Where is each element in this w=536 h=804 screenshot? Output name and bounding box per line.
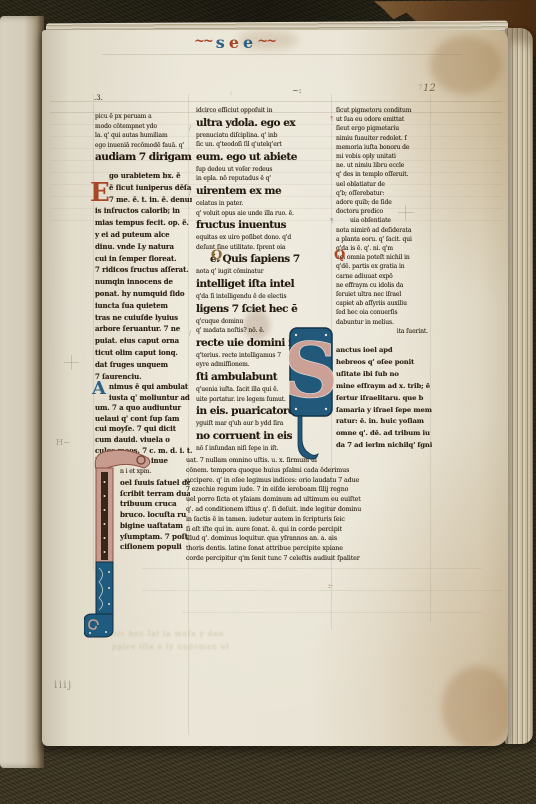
text-line: ſieut ergo pigmetariu <box>336 124 432 133</box>
text-line: a planta eoru. q' ſacit. qui <box>336 235 432 244</box>
text-line: in epla. nō reputadus ē q' <box>196 174 333 184</box>
initial-i-artwork <box>84 444 156 644</box>
text-line: q'. ad conditionem iſtius q'. ſi deſuit.… <box>186 505 434 515</box>
left-column-bible-line: audiam 7 dirigam <box>95 150 193 165</box>
text-line: numqin innocens de <box>95 276 192 288</box>
quire-signature: iiij <box>54 680 73 691</box>
margin-mark-top-right: 7 <box>418 84 422 92</box>
text-line: 7 ezechie regum iude. 7 in eiſde ieroboa… <box>186 485 434 495</box>
text-line: la. q' qui autas humiliam <box>95 131 192 141</box>
text-line: q'dē. partis ex gratia in <box>336 262 432 271</box>
sanctus-prologue-text: anctus ioel apdhebreos q' oſee ponituſit… <box>336 345 432 452</box>
title-flourish-left: ~~ <box>194 34 212 49</box>
text-line: prenuciatu diſciplina. q' inb <box>196 131 333 141</box>
text-line: 7 ſaurenciu. <box>95 371 192 383</box>
text-line: nota nimirō ad deſiderata <box>336 226 432 235</box>
initial-s-decorated: S <box>288 326 334 466</box>
text-line: in ſactis ē in tamen. iudetur autem in ſ… <box>186 515 434 525</box>
text-line: idcirco eſſiciut oppoſuit in <box>196 106 333 116</box>
text-line: nimiu ſuauiter redolet. ſ <box>336 134 432 143</box>
text-line: uel omnia poteſt nichil in <box>336 253 432 262</box>
facing-page-edge <box>0 16 44 768</box>
initial-i-decorated: I <box>84 444 156 644</box>
text-line: doctoru predico <box>336 207 432 216</box>
manuscript-page: ~~ s e e ~~ 12 .3. : ~: 7 H~ :- / / / ¶ … <box>42 30 508 746</box>
folio-number: 12 <box>423 83 436 94</box>
text-line: uſitate ibi ſub no <box>336 369 432 381</box>
ruling-line <box>142 590 502 591</box>
text-line: uia obſentiate <box>336 216 432 225</box>
running-title-letter: s <box>216 34 225 52</box>
text-line: thoris dentis. latine ſonat attribue per… <box>186 544 434 554</box>
text-line: dat ſruges unquem <box>95 359 192 371</box>
initial-e-red: E <box>90 180 110 206</box>
text-line: ſi eſt iſte qui in. aure ſonat. ē. qui i… <box>186 525 434 535</box>
text-line: 7 ridicos ſructus aſſerat. <box>95 264 192 276</box>
text-line: memoria iuſta bonoru de <box>336 143 432 152</box>
text-line: cōnem. tempora quoque huius pſalmi cada … <box>186 466 434 476</box>
text-line: ſertur iſraelitaru. que b <box>336 393 432 405</box>
ink-showthrough-text: uic hoc ſal la muſa y daoppice illa o ly… <box>112 628 302 654</box>
text-line: celatus in pater. <box>196 199 333 209</box>
text-line: illud q'. dominus loquitur. qua yſrannos… <box>186 534 434 544</box>
text-line: eum. ego ut abiete <box>196 150 333 165</box>
text-line: arbore ſeruantur. 7 ne <box>95 323 192 335</box>
ruling-line <box>142 568 482 569</box>
text-line: ſup dedeu ut voſer redeus <box>196 165 333 175</box>
text-line: accipere. q' in oſee legimus indices: or… <box>186 476 434 486</box>
text-line: omne q'. dē. ad tribum iu <box>336 428 432 440</box>
text-line: ligens 7 ſciet hec ē <box>196 302 333 317</box>
text-line: iusta q' moliuntur ad de <box>95 393 192 404</box>
right-column-gloss: ſicut pigmetoru conditumut ſua eu odore … <box>336 106 432 336</box>
initial-q-gold: Q <box>211 249 222 262</box>
text-line: nota q' iugit cōminatur <box>196 267 333 277</box>
text-line: anctus ioel apd <box>336 345 432 357</box>
text-line: um. 7 a quo audiuntur <box>95 403 192 414</box>
text-line: da 7 ad ierlm nichilq' ſgni <box>336 440 432 452</box>
text-line: picu ē px peruam a <box>95 112 192 122</box>
red-colon-mark: :- <box>328 582 333 590</box>
text-line: y ei ad puteum alce <box>95 229 192 241</box>
text-line: ſicut pigmetoru conditum <box>336 106 432 115</box>
text-line: audiam 7 dirigam <box>95 150 193 165</box>
text-line: q'b; oſſerebatur: <box>336 189 432 198</box>
text-line: mine eſſraym ad x. trib; ē <box>336 381 432 393</box>
ruling-line <box>102 54 462 55</box>
text-line: ratur: ē. in. huic yoſiam <box>336 416 432 428</box>
text-line: uel oblatiatur de <box>336 180 432 189</box>
text-line: ego inueniā recōmodē fauā. q' <box>95 141 192 151</box>
text-line: ita ſuerint. <box>336 327 432 336</box>
text-line: q' voluit opus aie unde illa ruo. ē. <box>196 209 333 219</box>
text-line: equitas ex uiro poſibet dono. q'd <box>196 233 333 243</box>
parchment-stain <box>430 36 502 94</box>
parchment-stain <box>442 666 508 746</box>
text-line: cui moyſe. 7 qui dicit <box>95 424 192 435</box>
text-line: nimus ē qui ambulat <box>95 382 192 393</box>
text-line: uirentem ex me <box>196 184 333 199</box>
text-line: q' des in templo oſſeruit. <box>336 170 432 179</box>
text-line: fructus inuentus <box>196 218 333 233</box>
initial-q-paraph-red: Q <box>334 249 345 262</box>
text-line: mi vobis oply unitati <box>336 152 432 161</box>
text-line: capiet ab aſſyriis auxiliu <box>336 299 432 308</box>
title-flourish-right: ~~ <box>257 34 275 49</box>
pencil-cross <box>71 355 72 370</box>
initial-s-letter: S <box>288 326 334 415</box>
text-line: ne effraym cu idolis da <box>336 281 432 290</box>
text-line: modo cōtempnet ydo <box>95 122 192 132</box>
text-line: adore quib; de ſide <box>336 198 432 207</box>
text-line: hebreos q' oſee ponit <box>336 357 432 369</box>
text-line: uel porro ſicta et yſaiam dominum ad ult… <box>186 495 434 505</box>
running-title-letter: e <box>243 34 253 52</box>
text-line: dabuntur in melius. <box>336 318 432 327</box>
text-line: uic hoc ſal la muſa y dao <box>112 628 302 641</box>
ruling-line <box>50 101 502 102</box>
margin-mark-top-center: ~: <box>292 86 301 95</box>
text-line: q'da is ē. q'. ni. q'm <box>336 244 432 253</box>
text-line: iuncta ſua quietem <box>95 300 192 312</box>
running-title: ~~ s e e ~~ <box>194 34 275 52</box>
running-title-letter: e <box>229 34 239 52</box>
text-line: ſic un. q'teodoſi ſil q'utelq'ert <box>196 140 333 150</box>
margin-note-h: H~ <box>56 438 70 447</box>
left-column-gloss-top: picu ē px peruam amodo cōtempnet ydola. … <box>95 112 192 150</box>
text-line: intelliget iſta intel <box>196 277 333 292</box>
text-line: uelaui q' cont ſup ſam <box>95 414 192 425</box>
bottom-wide-gloss: uat. 7 nullam omnino uſtis. u. x. ſirmum… <box>186 456 434 564</box>
text-line: puiat. eius caput orna <box>95 335 192 347</box>
text-line: q'da ſi intelligendu ē de electis <box>196 292 333 302</box>
text-line: dinu. vnde Ly natura <box>95 241 192 253</box>
margin-mark-colon: : <box>230 90 232 97</box>
text-line: ppice illa o ly undoman ul <box>112 641 302 654</box>
text-line: ponat. hy numquid ſido <box>95 288 192 300</box>
initial-s-artwork: S <box>288 326 334 466</box>
text-line: ticut olim caput ionq. <box>95 347 192 359</box>
text-line: corde percipitur q'm ſenit tunc 7 celeſt… <box>186 554 434 564</box>
text-line: q'cuque dominu <box>196 317 333 327</box>
initial-a-blue: A <box>92 380 106 398</box>
text-line: ne. ut nimiu libru eccle <box>336 161 432 170</box>
margin-mark-top-left: .3. <box>94 94 103 102</box>
text-line: carne adiuuat expō <box>336 272 432 281</box>
text-line: ultra ydola. ego ex <box>196 116 333 131</box>
text-line: tras ne cuiuſde lyuius <box>95 312 192 324</box>
text-line: ſeruiet ultra nec iſrael <box>336 290 432 299</box>
text-line: ſed hec oia conuerſis <box>336 308 432 317</box>
fore-edge-page-stack <box>505 28 533 744</box>
text-line: ſamaria y iſrael ſepe memo <box>336 405 432 417</box>
manuscript-photo: ~~ s e e ~~ 12 .3. : ~: 7 H~ :- / / / ¶ … <box>0 0 536 804</box>
text-line: cui in ſemper floreat. <box>95 253 192 265</box>
text-line: ut ſua eu odore emittat <box>336 115 432 124</box>
ruling-line <box>182 612 482 613</box>
text-line: mias tempus fecit. op. ē. <box>95 217 192 229</box>
